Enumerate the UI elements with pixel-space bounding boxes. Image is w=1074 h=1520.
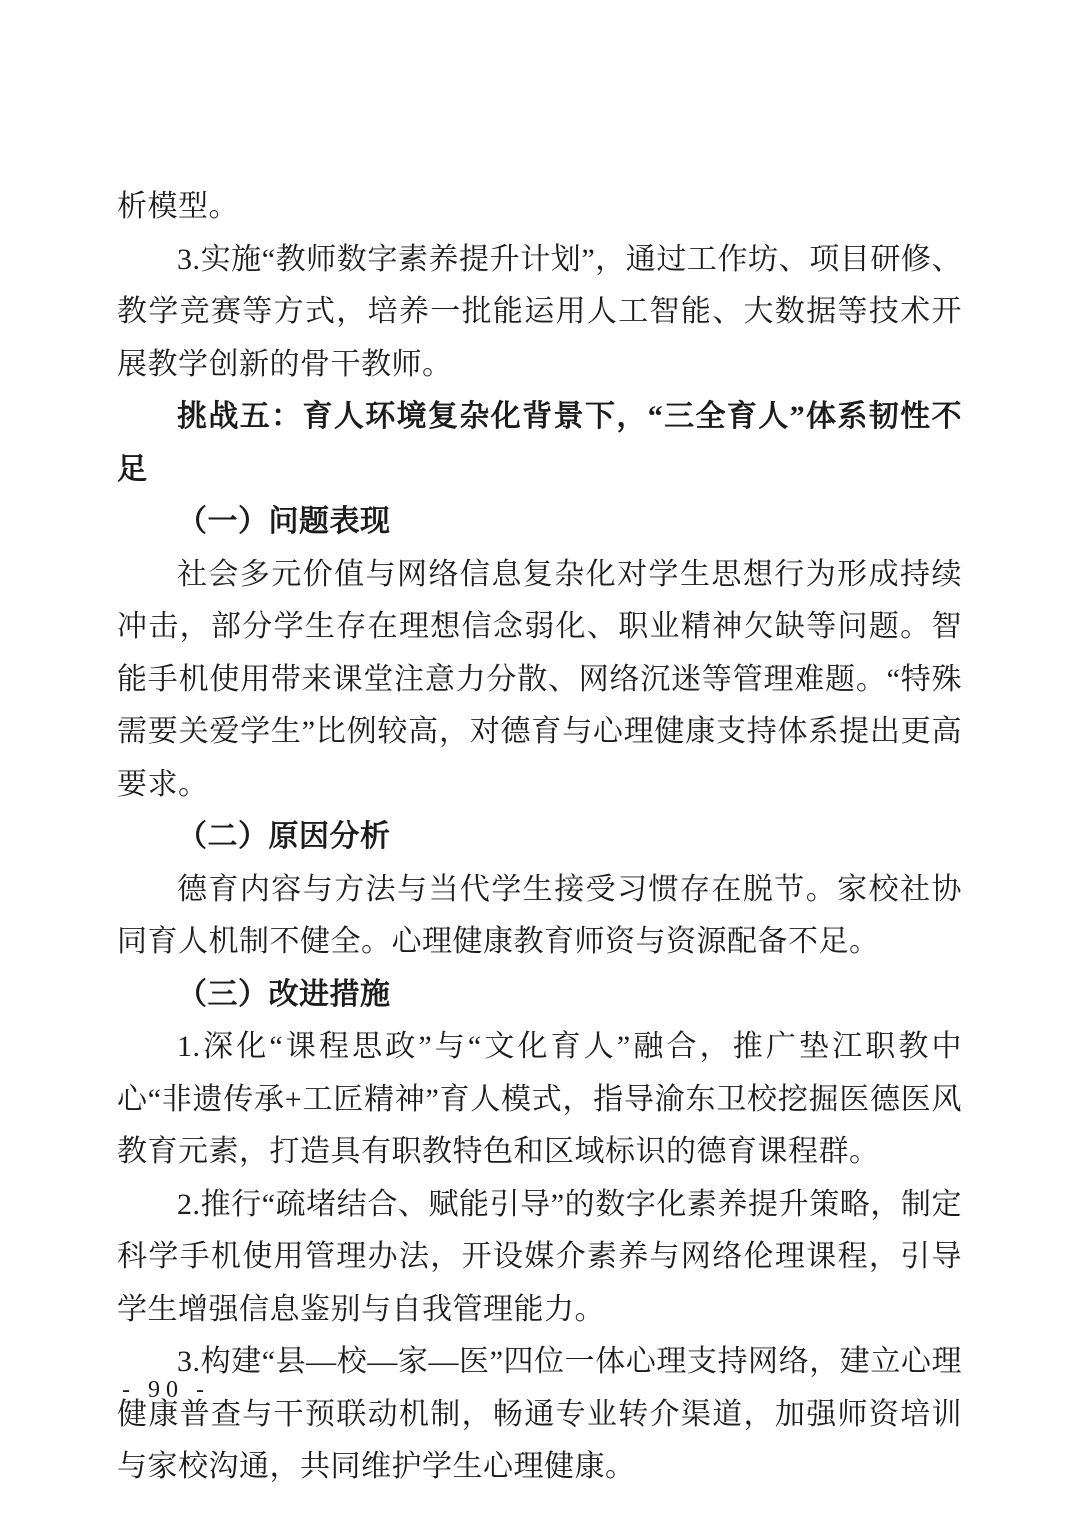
paragraph-teacher-digital-plan: 3.实施“教师数字素养提升计划”，通过工作坊、项目研修、教学竞赛等方式，培养一批…	[117, 234, 962, 392]
paragraph-measure-3: 3.构建“县—校—家—医”四位一体心理支持网络，建立心理健康普查与干预联动机制，…	[117, 1336, 962, 1494]
page-number: - 90 -	[122, 1374, 210, 1406]
section-heading-challenge-five: 挑战五：育人环境复杂化背景下，“三全育人”体系韧性不足	[117, 391, 962, 496]
paragraph-problem-description: 社会多元价值与网络信息复杂化对学生思想行为形成持续冲击，部分学生存在理想信念弱化…	[117, 549, 962, 812]
paragraph-continuation: 析模型。	[117, 181, 962, 234]
paragraph-measure-1: 1.深化“课程思政”与“文化育人”融合，推广垫江职教中心“非遗传承+工匠精神”育…	[117, 1021, 962, 1179]
document-content: 析模型。 3.实施“教师数字素养提升计划”，通过工作坊、项目研修、教学竞赛等方式…	[117, 181, 962, 1494]
paragraph-measure-2: 2.推行“疏堵结合、赋能引导”的数字化素养提升策略，制定科学手机使用管理办法，开…	[117, 1179, 962, 1337]
subsection-heading-improvement-measures: （三）改进措施	[117, 969, 962, 1022]
subsection-heading-problem: （一）问题表现	[117, 496, 962, 549]
paragraph-cause-analysis: 德育内容与方法与当代学生接受习惯存在脱节。家校社协同育人机制不健全。心理健康教育…	[117, 864, 962, 969]
subsection-heading-cause-analysis: （二）原因分析	[117, 811, 962, 864]
document-page: 析模型。 3.实施“教师数字素养提升计划”，通过工作坊、项目研修、教学竞赛等方式…	[0, 0, 1074, 1520]
